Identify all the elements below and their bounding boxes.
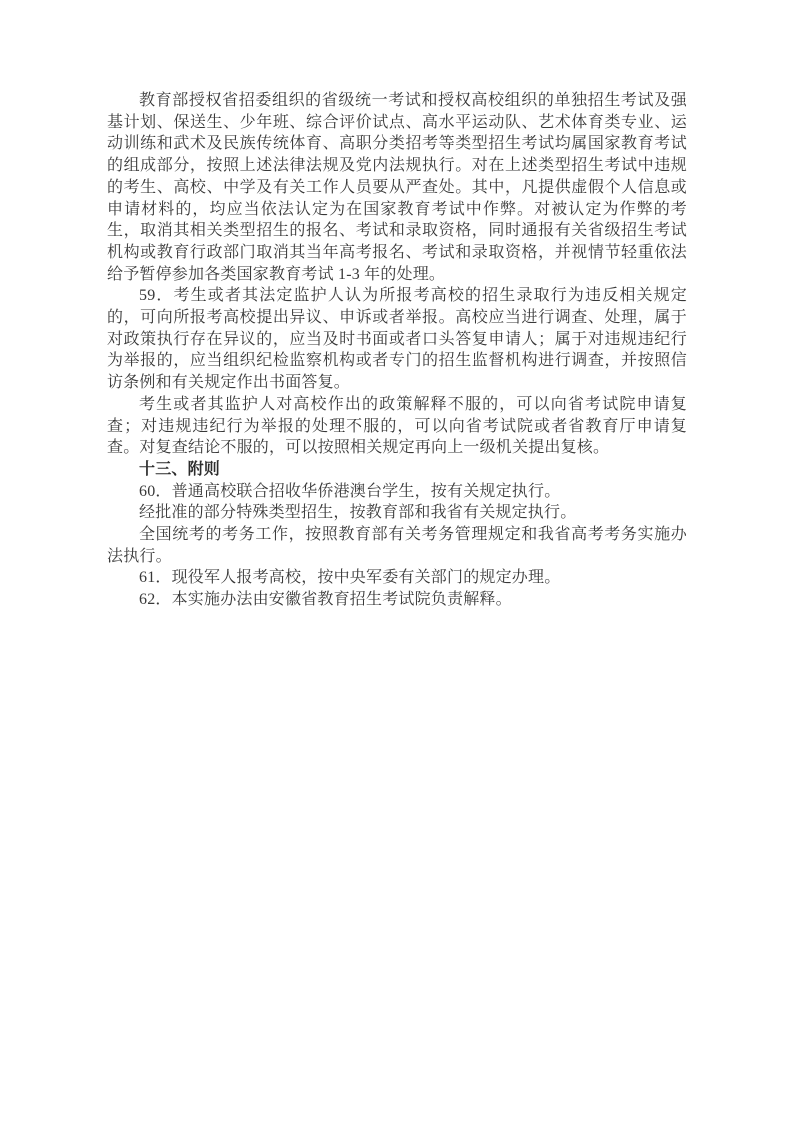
paragraph-exam-administration: 全国统考的考务工作，按照教育部有关考务管理规定和我省高考考务实施办法执行。 — [107, 524, 687, 567]
paragraph-review-appeal: 考生或者其监护人对高校作出的政策解释不服的，可以向省考试院申请复查；对违规违纪行… — [107, 394, 687, 459]
paragraph-item-61: 61．现役军人报考高校，按中央军委有关部门的规定办理。 — [107, 567, 687, 589]
paragraph-item-59: 59．考生或者其法定监护人认为所报考高校的招生录取行为违反相关规定的，可向所报考… — [107, 285, 687, 394]
section-heading-supplementary-provisions: 十三、附则 — [107, 459, 687, 481]
paragraph-item-62: 62．本实施办法由安徽省教育招生考试院负责解释。 — [107, 589, 687, 611]
paragraph-item-60: 60．普通高校联合招收华侨港澳台学生，按有关规定执行。 — [107, 481, 687, 503]
document-page: 教育部授权省招委组织的省级统一考试和授权高校组织的单独招生考试及强基计划、保送生… — [0, 0, 793, 1122]
document-content: 教育部授权省招委组织的省级统一考试和授权高校组织的单独招生考试及强基计划、保送生… — [107, 90, 687, 611]
paragraph-exam-violations: 教育部授权省招委组织的省级统一考试和授权高校组织的单独招生考试及强基计划、保送生… — [107, 90, 687, 285]
paragraph-special-admissions: 经批准的部分特殊类型招生，按教育部和我省有关规定执行。 — [107, 502, 687, 524]
